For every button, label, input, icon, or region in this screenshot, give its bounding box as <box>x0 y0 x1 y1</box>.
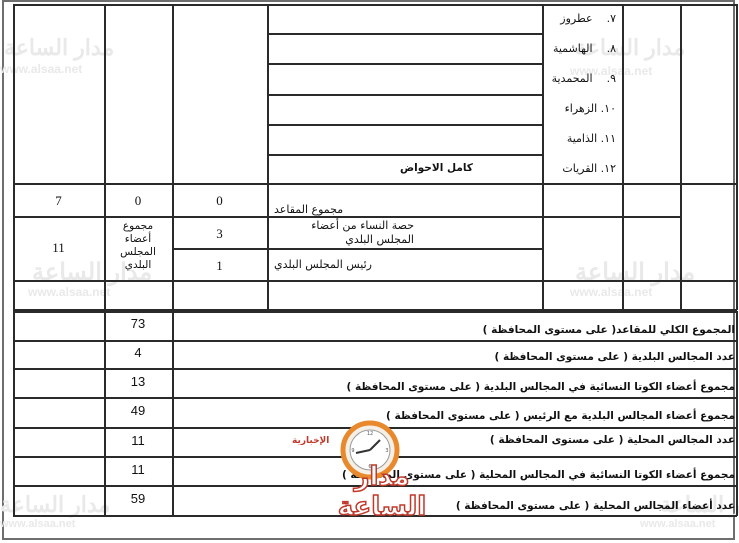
total-seats-value: 0 <box>172 193 267 209</box>
summary-label: عدد المجالس البلدية ( على مستوى المحافظة… <box>494 351 735 363</box>
town-index: ١٢. <box>601 162 616 175</box>
row-divider <box>267 124 543 126</box>
col-divider <box>104 4 106 310</box>
row-divider <box>13 397 737 399</box>
council-members-value: 11 <box>13 240 104 256</box>
town-index: ١٠. <box>601 102 616 115</box>
town-index: ٩. <box>607 72 616 85</box>
col-divider <box>736 4 738 310</box>
women-share-label: حصة النساء من أعضاء المجلس البلدي <box>274 219 414 247</box>
col-divider <box>172 311 174 516</box>
town-row: ١٢. القريات <box>548 162 616 175</box>
town-index: ٧. <box>607 12 616 25</box>
summary-label: المجموع الكلي للمقاعد( على مستوى المحافظ… <box>483 324 735 336</box>
watermark-url: www.alsaa.net <box>0 518 75 530</box>
whole-basins-label: كامل الاحواض <box>400 162 473 174</box>
col-divider <box>13 4 15 310</box>
summary-label: مجموع أعضاء الكوتا النسائية في المجالس ا… <box>347 381 735 393</box>
seats-column-value: 0 <box>104 193 172 209</box>
town-row: ١١. الذامية <box>548 132 616 145</box>
summary-value: 73 <box>104 316 172 331</box>
col-divider <box>680 4 682 310</box>
town-row: ٨. الهاشمية <box>548 42 616 55</box>
brand-logo: 12 3 6 9 مدار الساعة الإخبارية <box>322 420 462 500</box>
row-divider <box>267 154 543 156</box>
row-divider <box>13 368 737 370</box>
town-name: القريات <box>562 162 597 175</box>
mayor-value: 1 <box>172 258 267 274</box>
summary-value: 49 <box>104 403 172 418</box>
svg-text:12: 12 <box>367 431 373 437</box>
table-border-top <box>13 4 737 6</box>
watermark-brand: مدار الساعة <box>4 35 114 61</box>
women-share-value: 3 <box>172 226 267 242</box>
town-name: الزهراء <box>565 102 598 115</box>
svg-text:3: 3 <box>385 448 388 454</box>
row-divider <box>172 248 542 250</box>
watermark-url: www.alsaa.net <box>640 518 715 530</box>
svg-text:9: 9 <box>351 448 354 454</box>
row-divider <box>13 216 682 218</box>
summary-label: عدد المجالس المحلية ( على مستوى المحافظة… <box>490 434 735 446</box>
logo-sub-text: الإخبارية <box>292 436 329 446</box>
summary-value: 11 <box>104 433 172 448</box>
logo-brand-text: مدار الساعة <box>322 462 442 522</box>
summary-value: 13 <box>104 374 172 389</box>
summary-border-top <box>13 311 737 313</box>
total-column-value: 7 <box>13 193 104 209</box>
row-divider <box>13 340 737 342</box>
row-divider <box>267 63 543 65</box>
town-name: الذامية <box>567 132 597 145</box>
col-divider <box>13 311 15 516</box>
town-name: الهاشمية <box>553 42 593 55</box>
row-divider <box>13 280 737 282</box>
watermark-url: www.alsaa.net <box>570 285 652 299</box>
col-divider <box>542 4 544 310</box>
summary-label: عدد أعضاء المجالس المحلية ( على مستوى ال… <box>456 500 735 512</box>
summary-value: 59 <box>104 491 172 506</box>
town-row: ١٠. الزهراء <box>548 102 616 115</box>
col-divider <box>622 4 624 310</box>
table-row-divider <box>13 183 737 185</box>
town-name: المحمدية <box>552 72 593 85</box>
summary-value: 11 <box>104 462 172 477</box>
watermark-url: www.alsaa.net <box>28 285 110 299</box>
council-members-label: مجموع أعضاء المجلس البلدي <box>112 220 164 272</box>
col-divider <box>267 4 269 310</box>
col-divider <box>736 311 738 516</box>
mayor-label: رئيس المجلس البلدي <box>274 258 372 271</box>
town-index: ٨. <box>607 42 616 55</box>
summary-value: 4 <box>104 345 172 360</box>
town-index: ١١. <box>601 132 616 145</box>
total-seats-label: مجموع المقاعد <box>274 203 343 216</box>
town-row: ٩. المحمدية <box>548 72 616 85</box>
town-row: ٧. عطروز <box>548 12 616 25</box>
watermark-brand: مدار الساعة <box>575 258 695 287</box>
row-divider <box>267 94 543 96</box>
row-divider <box>267 33 543 35</box>
town-name: عطروز <box>560 12 592 25</box>
